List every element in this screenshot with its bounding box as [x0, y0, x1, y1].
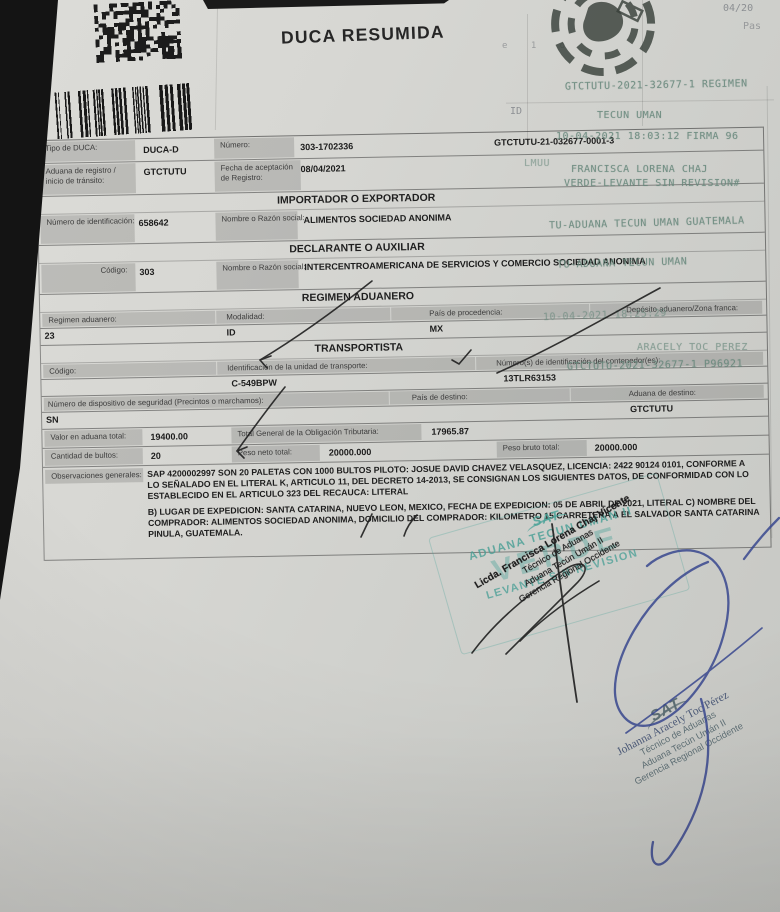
peso-neto-label: Peso neto total: [232, 445, 320, 463]
dotmatrix-overlay-tecun-uman: TECUN UMAN [597, 110, 662, 121]
numero-identificacion-label: Número de identificación: [40, 214, 134, 244]
qr-code [93, 0, 182, 64]
contenedor-value: 13TLR63153 [503, 373, 556, 384]
fecha-aceptacion-value: 08/04/2021 [300, 163, 345, 174]
modalidad-value: ID [226, 327, 235, 337]
cantidad-bultos-value: 20 [151, 451, 161, 461]
dotmatrix-overlay-verde-levante: VERDE-LEVANTE SIN REVISION# [564, 178, 740, 189]
obligacion-tributaria-value: 17965.87 [431, 426, 469, 437]
valor-aduana-label: Valor en aduana total: [44, 429, 142, 447]
obligacion-tributaria-label: Total General de la Obligación Tributari… [231, 424, 421, 443]
pais-procedencia-value: MX [429, 324, 443, 334]
numero-value: 303-1702336 [300, 141, 353, 152]
peso-bruto-label: Peso bruto total: [497, 440, 587, 458]
unidad-transporte-value: C-549BPW [231, 378, 277, 389]
scanned-document-photo: DUCA RESUMIDA 04/20 Pas e 1 o ID Tipo de… [0, 0, 780, 912]
regimen-aduanero-value: 23 [44, 331, 54, 341]
id-fragment: ID [510, 106, 522, 117]
observaciones-parrafo-1: SAP 4200002997 SON 20 PALETAS CON 1000 B… [147, 458, 760, 503]
barcode [52, 82, 197, 142]
numero-label: Número: [214, 137, 294, 158]
aduana-destino-label: Aduana de destino: [571, 385, 764, 402]
dotmatrix-overlay-francisca: FRANCISCA LORENA CHAJ [571, 164, 708, 175]
aduana-destino-value: GTCTUTU [630, 403, 673, 414]
codigo-label: Código: [41, 263, 135, 293]
regimen-aduanero-label: Regimen aduanero: [42, 311, 215, 327]
dotmatrix-overlay-firma-timestamp: 10-04-2021 18:03:12 FIRMA 96 [556, 131, 739, 142]
valor-aduana-value: 19400.00 [150, 431, 188, 442]
codigo-value: 303 [139, 267, 154, 277]
dotmatrix-overlay-lmuu: LMUU [524, 158, 550, 169]
aduana-registro-label: Aduana de registro / inicio de tránsito: [39, 163, 136, 195]
declarante-razon-social-label: Nombre o Razón social: [216, 260, 298, 289]
pais-destino-label: País de destino: [390, 388, 570, 404]
peso-bruto-value: 20000.000 [595, 442, 638, 453]
ghost-line [527, 14, 528, 142]
corner-pass-fragment: Pas [743, 21, 761, 32]
fecha-aceptacion-label: Fecha de aceptación de Registro: [214, 160, 301, 192]
dispositivo-seguridad-value: SN [46, 415, 59, 425]
tipo-de-duca-value: DUCA-D [143, 144, 179, 155]
modalidad-label: Modalidad: [216, 308, 390, 324]
peso-neto-value: 20000.000 [329, 447, 372, 458]
observaciones-label: Observaciones generales: [45, 468, 143, 484]
razon-social-label: Nombre o Razón social: [215, 211, 297, 240]
numero-identificacion-value: 658642 [138, 218, 168, 229]
razon-social-value: ALIMENTOS SOCIEDAD ANONIMA [303, 212, 451, 225]
cantidad-bultos-label: Cantidad de bultos: [45, 448, 143, 466]
tipo-de-duca-label: Tipo de DUCA: [39, 140, 135, 162]
dotmatrix-overlay-aracely: ARACELY TOC PEREZ [637, 342, 748, 353]
corner-date-fragment: 04/20 [723, 3, 753, 14]
transportista-codigo-label: Código: [43, 362, 216, 378]
aduana-registro-value: GTCTUTU [144, 166, 187, 177]
